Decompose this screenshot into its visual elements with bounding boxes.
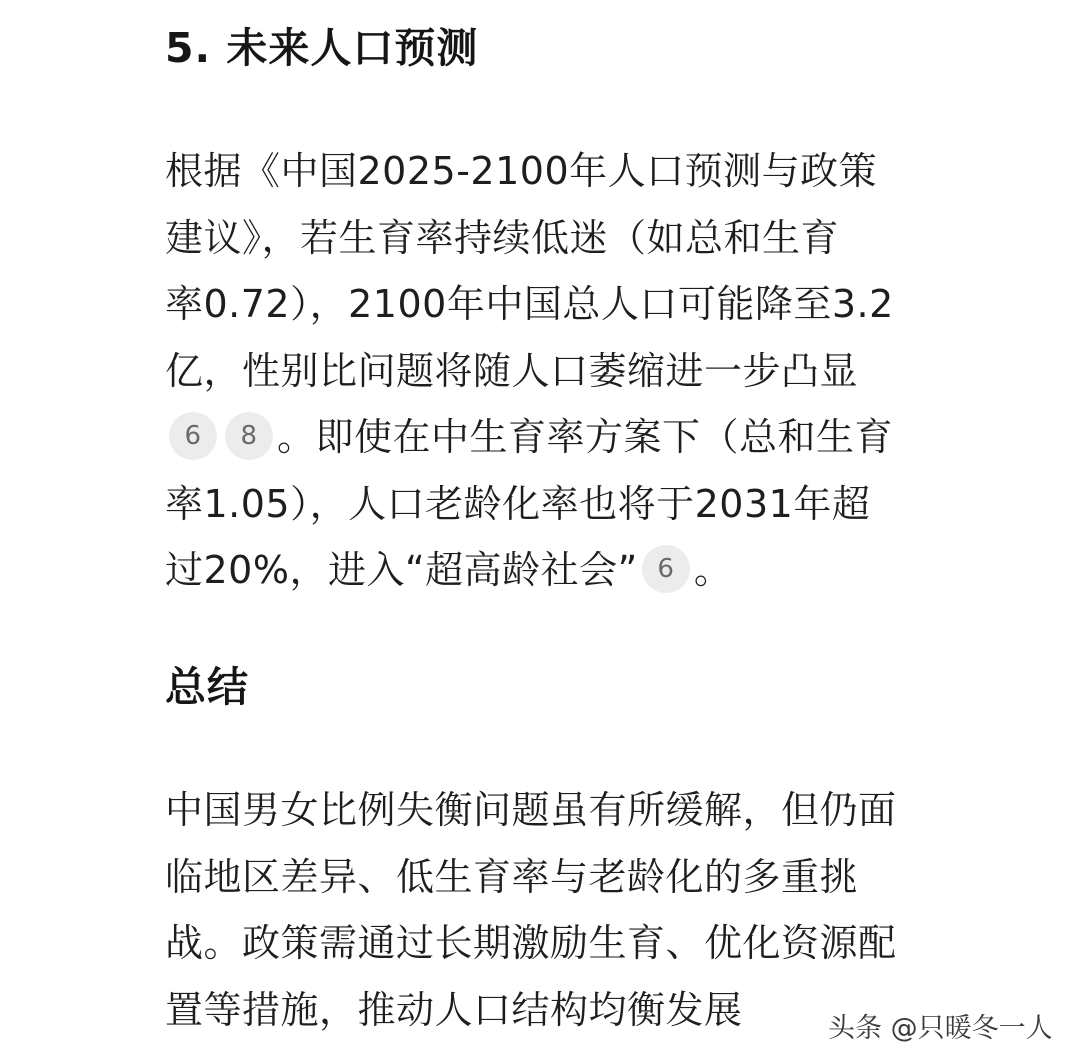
source-watermark: 头条 @只暖冬一人 [828,1006,1053,1045]
paragraph-line: 临地区差异、低生育率与老龄化的多重挑 [165,844,1045,911]
citation-badge[interactable]: 8 [225,412,273,460]
paragraph-line: 建议》，若生育率持续低迷（如总和生育 [165,205,1035,272]
section-heading-summary: 总结 [165,662,249,712]
paragraph-text: 过20%，进入“超高龄社会” [165,548,638,592]
paragraph-line: 战。政策需通过长期激励生育、优化资源配 [165,910,1045,977]
paragraph-line: 68。即使在中生育率方案下（总和生育 [165,404,1035,471]
paragraph-line: 根据《中国2025-2100年人口预测与政策 [165,138,1035,205]
paragraph-text: 。 [694,548,733,592]
paragraph-line: 亿，性别比问题将随人口萎缩进一步凸显 [165,338,1035,405]
future-population-paragraph: 根据《中国2025-2100年人口预测与政策 建议》，若生育率持续低迷（如总和生… [165,138,1035,604]
paragraph-text: 。即使在中生育率方案下（总和生育 [277,415,893,459]
paragraph-line: 率1.05），人口老龄化率也将于2031年超 [165,471,1035,538]
citation-badge[interactable]: 6 [169,412,217,460]
paragraph-line: 率0.72），2100年中国总人口可能降至3.2 [165,271,1035,338]
paragraph-line: 过20%，进入“超高龄社会”6。 [165,537,1035,604]
citation-badge[interactable]: 6 [642,545,690,593]
summary-paragraph: 中国男女比例失衡问题虽有所缓解，但仍面 临地区差异、低生育率与老龄化的多重挑 战… [165,777,1045,1043]
section-heading-future-population: 5. 未来人口预测 [165,23,478,73]
paragraph-line: 中国男女比例失衡问题虽有所缓解，但仍面 [165,777,1045,844]
